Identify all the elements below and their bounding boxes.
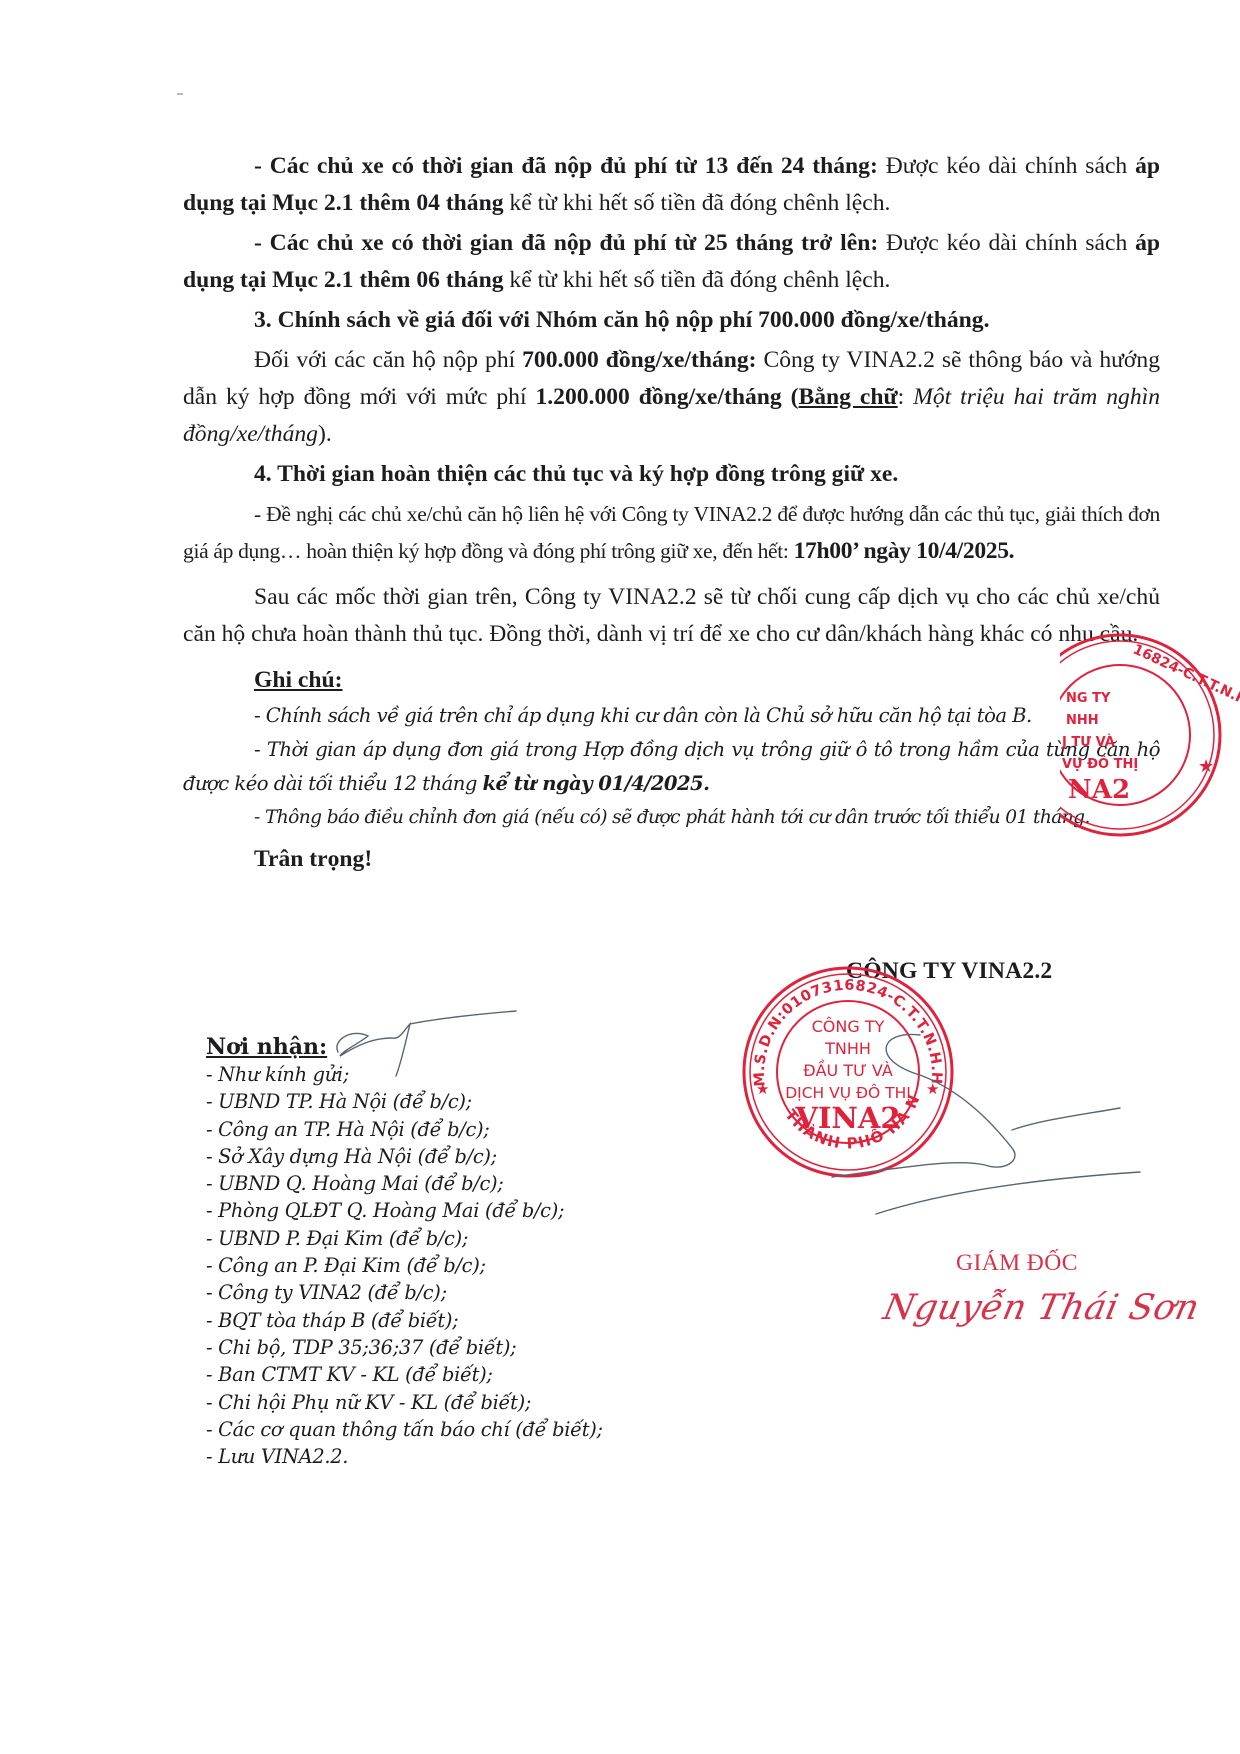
svg-text:DỊCH VỤ ĐÔ THỊ: DỊCH VỤ ĐÔ THỊ: [785, 1083, 911, 1102]
recipient-item: - Chi hội Phụ nữ KV - KL (để biết);: [206, 1389, 603, 1416]
recipients-list: Nơi nhận: - Như kính gửi;- UBND TP. Hà N…: [206, 1033, 603, 1470]
svg-text:NHH: NHH: [1066, 713, 1099, 728]
company-seal: M.S.D.N:0107316824-C.T.T.N.H.H THÀNH PHỐ…: [738, 962, 958, 1182]
recipient-item: - UBND Q. Hoàng Mai (để b/c);: [206, 1170, 603, 1197]
closing-greeting: Trân trọng!: [254, 841, 1160, 878]
section-4-heading: 4. Thời gian hoàn thiện các thủ tục và k…: [183, 456, 1160, 493]
recipient-item: - Công an P. Đại Kim (để b/c);: [206, 1252, 603, 1279]
recipient-item: - Phòng QLĐT Q. Hoàng Mai (để b/c);: [206, 1197, 603, 1224]
svg-text:NA2: NA2: [1068, 775, 1130, 805]
notes-title: Ghi chú:: [254, 662, 1160, 699]
svg-text:NG TY: NG TY: [1066, 691, 1111, 706]
director-title: GIÁM ĐỐC: [956, 1250, 1078, 1277]
paragraph-section-4: - Đề nghị các chủ xe/chủ căn hộ liên hệ …: [183, 496, 1160, 570]
svg-text:J TƯ VÀ: J TƯ VÀ: [1061, 734, 1115, 750]
partial-company-seal: 16824-C.T.T.N.H.H NG TY NHH J TƯ VÀ VỤ Đ…: [1060, 630, 1240, 840]
scan-artifact: [177, 93, 183, 95]
paragraph-extension-13-24: - Các chủ xe có thời gian đã nộp đủ phí …: [183, 148, 1160, 222]
recipient-item: - Các cơ quan thông tấn báo chí (để biết…: [206, 1416, 603, 1443]
director-name: Nguyễn Thái Sơn: [880, 1288, 1203, 1328]
recipient-item: - UBND TP. Hà Nội (để b/c);: [206, 1088, 603, 1115]
svg-text:VINA2: VINA2: [794, 1101, 900, 1135]
svg-text:★: ★: [756, 1080, 769, 1098]
svg-text:★: ★: [926, 1080, 939, 1098]
note-1: - Chính sách về giá trên chỉ áp dụng khi…: [183, 699, 1160, 733]
recipient-item: - Ban CTMT KV - KL (để biết);: [206, 1361, 603, 1388]
recipient-item: - Lưu VINA2.2.: [206, 1443, 603, 1470]
svg-text:ĐẦU TƯ VÀ: ĐẦU TƯ VÀ: [803, 1059, 893, 1080]
recipient-item: - UBND P. Đại Kim (để b/c);: [206, 1225, 603, 1252]
recipient-item: - Như kính gửi;: [206, 1061, 603, 1088]
recipient-item: - Sở Xây dựng Hà Nội (để b/c);: [206, 1143, 603, 1170]
recipients-title: Nơi nhận:: [206, 1033, 603, 1061]
recipient-item: - BQT tòa tháp B (để biết);: [206, 1307, 603, 1334]
paragraph-section-3: Đối với các căn hộ nộp phí 700.000 đồng/…: [183, 342, 1160, 453]
svg-text:TNHH: TNHH: [824, 1039, 871, 1058]
document-page: - Các chủ xe có thời gian đã nộp đủ phí …: [0, 0, 1240, 1754]
svg-text:★: ★: [1198, 756, 1214, 777]
svg-text:VỤ ĐÔ THỊ: VỤ ĐÔ THỊ: [1062, 756, 1138, 772]
paragraph-extension-25-plus: - Các chủ xe có thời gian đã nộp đủ phí …: [183, 225, 1160, 299]
paragraph-after-deadline: Sau các mốc thời gian trên, Công ty VINA…: [183, 579, 1160, 653]
svg-text:16824-C.T.T.N.H.H: 16824-C.T.T.N.H.H: [1130, 641, 1240, 715]
recipient-item: - Chi bộ, TDP 35;36;37 (để biết);: [206, 1334, 603, 1361]
recipient-item: - Công an TP. Hà Nội (để b/c);: [206, 1116, 603, 1143]
svg-text:CÔNG TY: CÔNG TY: [812, 1017, 885, 1036]
recipient-item: - Công ty VINA2 (để b/c);: [206, 1279, 603, 1306]
note-2: - Thời gian áp dụng đơn giá trong Hợp đồ…: [183, 733, 1160, 801]
document-body: - Các chủ xe có thời gian đã nộp đủ phí …: [183, 148, 1160, 878]
note-3: - Thông báo điều chỉnh đơn giá (nếu có) …: [183, 801, 1160, 835]
section-3-heading: 3. Chính sách về giá đối với Nhóm căn hộ…: [183, 302, 1160, 339]
